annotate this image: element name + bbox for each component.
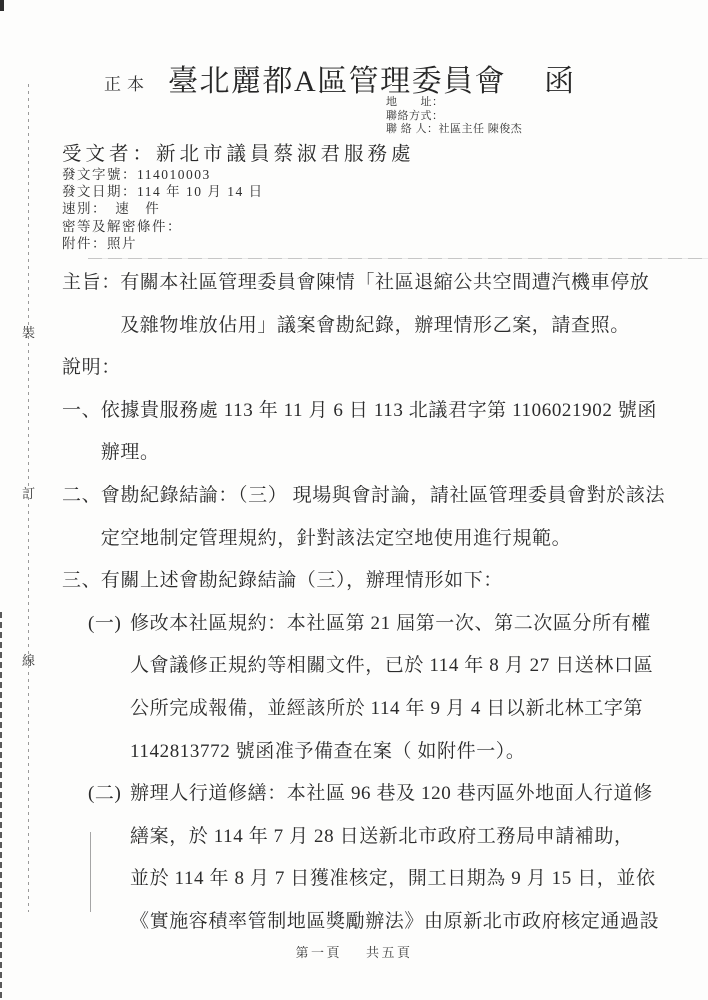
block-text: 修改本社區規約：本社區第 21 屆第一次、第二次區分所有權 xyxy=(130,613,651,634)
body-line: (一)修改本社區規約：本社區第 21 屆第一次、第二次區分所有權 xyxy=(88,603,708,646)
page-number: 第一頁 xyxy=(295,942,342,961)
meta-line: 發文字號：114010003 xyxy=(62,166,264,183)
body-block: (二)辦理人行道修繕：本社區 96 巷及 120 巷丙區外地面人行道修繕案，於 … xyxy=(88,773,708,943)
body-block: 說明： xyxy=(62,347,708,390)
page-total: 共五頁 xyxy=(366,942,413,961)
body-line: 並於 114 年 8 月 7 日獲准核定，開工日期為 9 月 15 日，並依 xyxy=(130,858,708,901)
body-block: (一)修改本社區規約：本社區第 21 屆第一次、第二次區分所有權人會議修正規約等… xyxy=(88,603,708,773)
block-text: 有關本社區管理委員會陳情「社區退縮公共空間遭汽機車停放 xyxy=(120,272,649,293)
body-line: 辦理。 xyxy=(101,432,708,475)
meta-line: 發文日期：114 年 10 月 14 日 xyxy=(62,183,264,200)
contact-line: 聯 絡 人：社區主任 陳俊杰 xyxy=(386,123,522,137)
scan-artifact-corner xyxy=(0,0,4,11)
block-marker: 一、 xyxy=(62,390,101,433)
document-page: 裝 訂 線 正本 臺北麗都A區管理委員會 函 地 址：聯絡方式：聯 絡 人：社區… xyxy=(0,0,708,1000)
body-line: 公所完成報備，並經該所於 114 年 9 月 4 日以新北林工字第 xyxy=(130,688,708,731)
body-line: 及雜物堆放佔用」議案會勘紀錄，辦理情形乙案，請查照。 xyxy=(120,305,708,348)
block-marker: (一) xyxy=(88,603,130,646)
body-line: 定空地制定管理規約，針對該法定空地使用進行規範。 xyxy=(101,518,708,561)
body-line: 主旨：有關本社區管理委員會陳情「社區退縮公共空間遭汽機車停放 xyxy=(62,262,708,305)
body-block: 三、有關上述會勘紀錄結論（三），辦理情形如下： xyxy=(62,560,708,603)
body-line: 1142813772 號函准予備查在案（ 如附件一）。 xyxy=(130,731,708,774)
body-line: 說明： xyxy=(62,347,708,390)
page-footer: 第一頁 共五頁 xyxy=(0,942,708,961)
block-text: 辦理人行道修繕：本社區 96 巷及 120 巷丙區外地面人行道修 xyxy=(130,783,653,804)
block-marker: 三、 xyxy=(62,560,101,603)
meta-line: 速別： 速 件 xyxy=(62,200,264,217)
document-title-row: 臺北麗都A區管理委員會 函 xyxy=(168,56,574,100)
block-text: 有關上述會勘紀錄結論（三），辦理情形如下： xyxy=(101,570,503,591)
body-block: 主旨：有關本社區管理委員會陳情「社區退縮公共空間遭汽機車停放及雜物堆放佔用」議案… xyxy=(62,262,708,347)
doc-type-label: 函 xyxy=(544,56,574,100)
body-line: 繕案，於 114 年 7 月 28 日送新北市政府工務局申請補助， xyxy=(130,816,708,859)
meta-line: 附件：照片 xyxy=(62,235,264,252)
header-contact-block: 地 址：聯絡方式：聯 絡 人：社區主任 陳俊杰 xyxy=(386,96,522,137)
copy-type-label: 正本 xyxy=(104,70,150,95)
contact-line: 地 址： xyxy=(386,96,522,110)
body-line: 《實施容積率管制地區獎勵辦法》由原新北市政府核定通過設 xyxy=(130,901,708,944)
separator-line xyxy=(88,258,708,259)
body-block: 一、依據貴服務處 113 年 11 月 6 日 113 北議君字第 110602… xyxy=(62,390,708,475)
block-marker: (二) xyxy=(88,773,130,816)
body-line: 二、會勘紀錄結論：（三） 現場與會討論，請社區管理委員會對於該法 xyxy=(62,475,708,518)
block-marker: 二、 xyxy=(62,475,101,518)
block-marker: 主旨： xyxy=(62,262,120,305)
body-line: 一、依據貴服務處 113 年 11 月 6 日 113 北議君字第 110602… xyxy=(62,390,708,433)
body-line: 人會議修正規約等相關文件，已於 114 年 8 月 27 日送林口區 xyxy=(130,645,708,688)
issuer-title: 臺北麗都A區管理委員會 xyxy=(168,56,506,100)
contact-line: 聯絡方式： xyxy=(386,110,522,124)
block-text: 會勘紀錄結論：（三） 現場與會討論，請社區管理委員會對於該法 xyxy=(101,485,665,506)
body-block: 二、會勘紀錄結論：（三） 現場與會討論，請社區管理委員會對於該法定空地制定管理規… xyxy=(62,475,708,560)
block-marker: 說明： xyxy=(62,347,120,390)
body-line: 三、有關上述會勘紀錄結論（三），辦理情形如下： xyxy=(62,560,708,603)
letter-body: 主旨：有關本社區管理委員會陳情「社區退縮公共空間遭汽機車停放及雜物堆放佔用」議案… xyxy=(0,262,708,944)
body-line: (二)辦理人行道修繕：本社區 96 巷及 120 巷丙區外地面人行道修 xyxy=(88,773,708,816)
meta-line: 密等及解密條件： xyxy=(62,218,264,235)
block-text: 依據貴服務處 113 年 11 月 6 日 113 北議君字第 11060219… xyxy=(101,400,657,421)
recipient-line: 受文者：新北市議員蔡淑君服務處 xyxy=(62,138,415,166)
doc-meta-block: 發文字號：114010003發文日期：114 年 10 月 14 日速別： 速 … xyxy=(62,166,264,252)
